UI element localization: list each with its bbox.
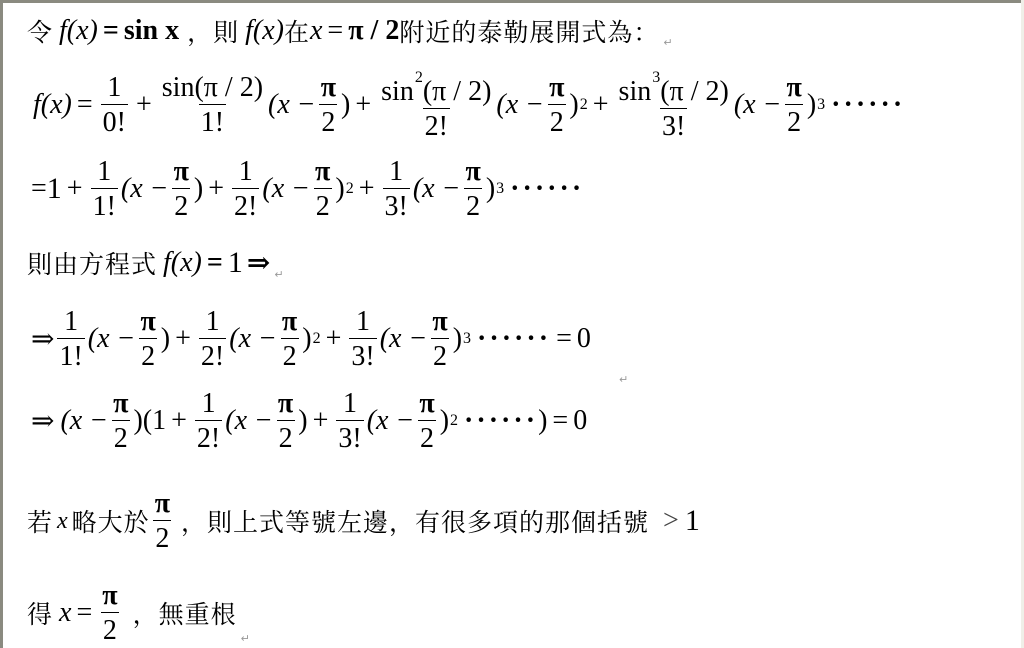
implies-arrow: ⇒ [247,246,270,280]
paragraph-mark-icon: ↵ [274,268,283,285]
equals-2: = [327,15,343,47]
lhs-fx: f(x) [33,89,72,121]
implies-line-1: ⇒ 11! (x − π2 ) + 12! (x − π2 )2 + 13! (… [31,299,591,379]
document-page: 令 f(x) = sin x ，則 f(x) 在 x = π / 2 附近的泰勒… [3,3,1021,648]
equation-line: 則由方程式 f(x) = 1 ⇒ ↵ [27,241,284,285]
implies-line-2: ⇒ (x − π2 )(1 + 12! (x − π2 ) + 13! (x −… [31,381,587,461]
ellipsis: ······ [510,173,584,205]
equals: = [77,89,93,121]
equals: = [103,15,119,47]
fx: f(x) [59,15,98,47]
fx-2: f(x) [245,15,284,47]
taylor-line: f(x) = 1 0! + sin(π / 2) 1! (x − π 2 ) +… [33,65,905,145]
ellipsis: ······ [831,89,905,121]
term-2-coef: sin2(π / 2) 2! [379,70,493,141]
paragraph-mark-icon: ↵ [619,373,628,390]
x-var: x [310,15,322,47]
text-taylor-expansion: 附近的泰勒展開式為： [399,13,659,49]
pi-over-2: π / 2 [348,15,399,47]
text-at: 在 [284,13,310,49]
text-let: 令 [27,13,53,49]
paragraph-mark-icon: ↵ [663,36,672,53]
intro-line: 令 f(x) = sin x ，則 f(x) 在 x = π / 2 附近的泰勒… [27,9,673,53]
conclusion-line: 得 x = π2 ，無重根 ↵ [27,577,250,648]
text-then: ，則 [187,13,239,49]
condition-line: 若 x 略大於 π2 ，則上式等號左邊，有很多項的那個括號 > 1 [27,485,700,557]
term-3-coef: sin3(π / 2) 3! [617,70,731,141]
term-1-coef: sin(π / 2) 1! [160,74,265,137]
paragraph-mark-icon: ↵ [241,632,250,648]
term-0: 1 0! [101,74,128,137]
simplified-line: = 1 + 11! (x − π2 ) + 12! (x − π2 )2 + 1… [31,149,584,229]
sin-x: sin x [124,15,179,47]
